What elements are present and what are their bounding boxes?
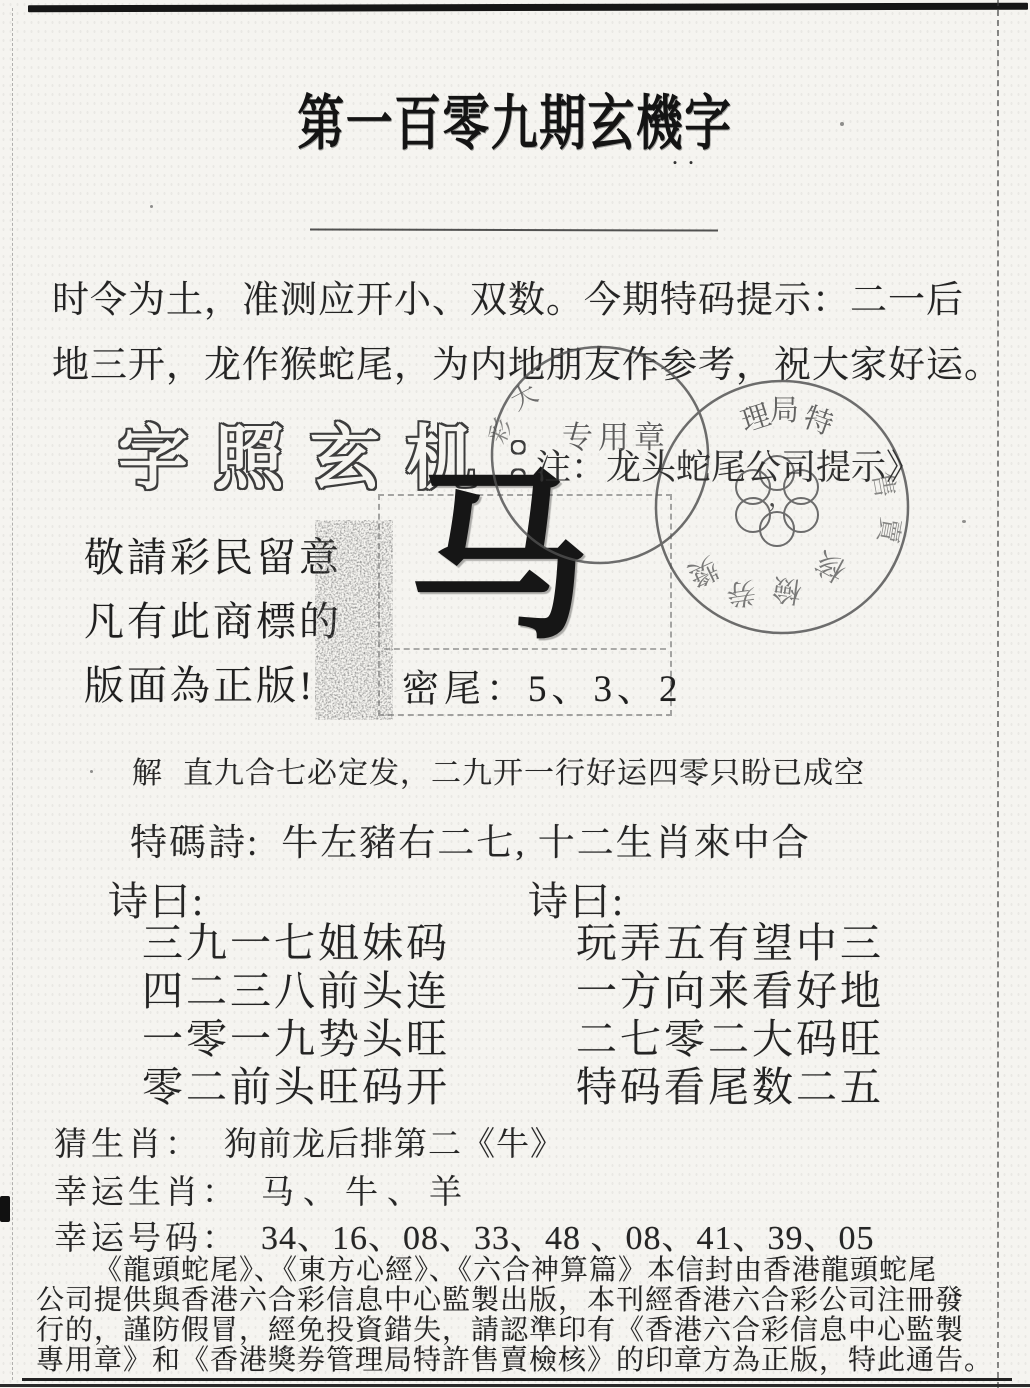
- lucky-zodiac-row: 幸运生肖： 马、牛、羊: [54, 1166, 471, 1213]
- right-stamp-arc-bottom-4: 核: [809, 544, 851, 587]
- trademark-noise-rect: [319, 522, 389, 718]
- stamp-note-text: 注：龙头蛇尾公司提示》: [536, 440, 921, 490]
- verse-right-line-4: 特码看尾数二五: [576, 1054, 884, 1113]
- special-code-poem-label: 特碼詩:: [130, 823, 259, 864]
- left-stamp-glyph-2: 彩: [484, 415, 519, 448]
- scan-bottom-edge: [0, 1384, 1030, 1387]
- title-underline: [310, 228, 718, 231]
- notice-line-1: 敬請彩民留意: [84, 526, 342, 590]
- paper-speck: [150, 205, 153, 208]
- lucky-numbers-row: 幸运号码： 34、16、08、33、48 、08、41、39、05: [54, 1210, 875, 1259]
- notice-line-3: 版面為正版!: [84, 654, 342, 718]
- lucky-zodiac-value: 马、牛、羊: [261, 1166, 471, 1213]
- scan-left-edge: [12, 8, 13, 1380]
- scanned-lottery-tip-sheet: { "header": { "title": "第一百零九期玄機字", "dot…: [0, 0, 1030, 1388]
- footer-paragraph: 《龍頭蛇尾》、《東方心經》、《六合神算篇》本信封由香港龍頭蛇尾 公司提供與香港六…: [36, 1256, 993, 1376]
- scan-bottom-rule: [22, 1378, 1012, 1381]
- scan-right-edge: [997, 0, 999, 1388]
- lucky-zodiac-label: 幸运生肖：: [54, 1166, 239, 1213]
- footer-line-1: 《龍頭蛇尾》、《東方心經》、《六合神算篇》本信封由香港龍頭蛇尾: [36, 1256, 993, 1286]
- circular-stamps: ， 专用章 大 彩 理 局 特 獎 券 檢 核 售 賣: [450, 330, 930, 670]
- right-stamp-arc-top-2: 局: [770, 395, 799, 427]
- paper-speck: [962, 520, 966, 523]
- authenticity-notice: 敬請彩民留意 凡有此商標的 版面為正版!: [84, 526, 342, 718]
- special-code-poem-text: 牛左豬右二七, 十二生肖來中合: [281, 823, 811, 864]
- solution-text: 直九合七必定发，二九开一行好运四零只盼已成空: [183, 757, 865, 790]
- scan-blemish: [0, 1196, 10, 1222]
- footer-line-4: 專用章》和《香港獎券管理局特許售賣檢核》的印章方為正版，特此通告。: [36, 1346, 993, 1376]
- footer-line-3: 行的，謹防假冒，經免投資錯失，請認準印有《香港六合彩信息中心監製: [36, 1316, 993, 1346]
- right-stamp-arc-bottom-3: 檢: [771, 571, 804, 608]
- page-title: 第一百零九期玄機字: [113, 76, 916, 162]
- lucky-numbers-value: 34、16、08、33、48 、08、41、39、05: [261, 1210, 875, 1259]
- right-stamp-arc-bottom-1: 獎: [683, 550, 723, 592]
- special-code-poem: 特碼詩:牛左豬右二七, 十二生肖來中合: [130, 812, 811, 866]
- solution-line: 解直九合七必定发，二九开一行好运四零只盼已成空: [132, 748, 865, 792]
- solution-label: 解: [132, 757, 163, 790]
- right-stamp-arc-top-3: 特: [799, 401, 838, 442]
- scan-top-edge: [28, 3, 1028, 13]
- zodiac-guess-value: 狗前龙后排第二《牛》: [224, 1118, 564, 1165]
- left-stamp-glyph-1: 大: [506, 378, 543, 416]
- right-stamp-arc-bottom-2: 券: [724, 575, 757, 612]
- notice-line-2: 凡有此商標的: [84, 590, 342, 654]
- verse-left-line-4: 零二前头旺码开: [142, 1054, 450, 1113]
- trademark-smudge: [315, 520, 393, 720]
- zodiac-guess-label: 猜生肖：: [54, 1118, 202, 1165]
- footer-line-2: 公司提供與香港六合彩信息中心監製出版，本刊經香港六合彩公司注冊發: [36, 1286, 993, 1316]
- paper-speck: [90, 770, 93, 773]
- intro-line-1: 时令为土，准测应开小、双数。今期特码提示：二一后: [52, 268, 1002, 333]
- right-stamp-side-2: 賣: [872, 515, 905, 548]
- title-dots: ..: [672, 144, 704, 171]
- lucky-numbers-label: 幸运号码：: [54, 1212, 239, 1259]
- zodiac-guess-row: 猜生肖： 狗前龙后排第二《牛》: [54, 1118, 564, 1165]
